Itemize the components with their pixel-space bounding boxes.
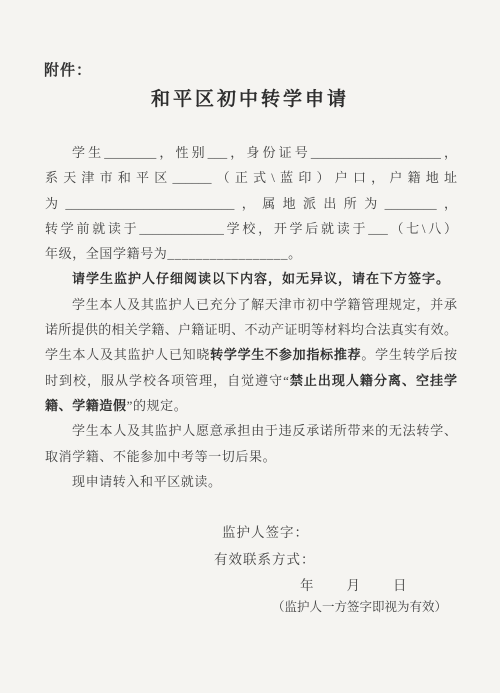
line-hukou-address: 为__________________________，属地派出所为______… [45,191,457,216]
line-text: 取消学籍、不能参加中考等一切后果。 [45,449,276,464]
line-text: 请学生监护人仔细阅读以下内容，如无异议，请在下方签字。 [72,271,450,286]
date-line: 年 月 日 [300,574,409,594]
emphasis-regulation-text: 籍、学籍造假 [45,398,127,413]
line-consequences-1: 学生本人及其监护人愿意承担由于违反承诺所带来的无法转学、 [45,418,457,443]
contact-info-label: 有效联系方式： [214,548,316,568]
line-text: 转学前就读于_____________学校，开学后就读于___（七\八） [45,221,457,236]
line-school-management: 时到校，服从学校各项管理，自觉遵守“禁止出现人籍分离、空挂学 [45,368,457,393]
line-no-quota-recommendation: 学生本人及其监护人已知晓转学学生不参加指标推荐。学生转学后按 [45,342,457,367]
transfer-application-document: 附件： 和平区初中转学申请 学生________，性别___，身份证号_____… [0,0,500,693]
line-student-info: 学生________，性别___，身份证号___________________… [45,140,457,165]
line-text: ”的规定。 [127,398,188,413]
line-hukou-type: 系天津市和平区______（正式\蓝印）户口，户籍地址 [45,165,457,190]
line-text: 学生________，性别___，身份证号___________________… [72,145,457,160]
line-commitment-2: 诺所提供的相关学籍、户籍证明、不动产证明等材料均合法真实有效。 [45,317,457,342]
guardian-signature-label: 监护人签字： [222,521,309,541]
line-previous-school: 转学前就读于_____________学校，开学后就读于___（七\八） [45,216,457,241]
line-guardian-read-notice: 请学生监护人仔细阅读以下内容，如无异议，请在下方签字。 [45,266,457,291]
line-text: 学生本人及其监护人已充分了解天津市初中学籍管理规定，并承 [72,297,457,312]
emphasis-no-quota-text: 转学学生不参加指标推荐 [210,347,361,362]
line-text: 学生本人及其监护人愿意承担由于违反承诺所带来的无法转学、 [72,423,457,438]
line-text: 时到校，服从学校各项管理，自觉遵守“ [45,373,289,388]
line-text: 系天津市和平区______（正式\蓝印）户口，户籍地址 [45,170,457,185]
line-commitment-1: 学生本人及其监护人已充分了解天津市初中学籍管理规定，并承 [45,292,457,317]
emphasis-regulation-text: 禁止出现人籍分离、空挂学 [289,373,457,388]
line-text: 。学生转学后按 [361,347,457,362]
line-text: 诺所提供的相关学籍、户籍证明、不动产证明等材料均合法真实有效。 [45,322,457,337]
line-consequences-2: 取消学籍、不能参加中考等一切后果。 [45,444,457,469]
document-body: 学生________，性别___，身份证号___________________… [45,140,457,494]
line-regulation-end: 籍、学籍造假”的规定。 [45,393,457,418]
line-text: 学生本人及其监护人已知晓 [45,347,210,362]
signature-validity-note: （监护人一方签字即视为有效） [272,597,447,615]
line-text: 年级，全国学籍号为_________________。 [45,246,302,261]
line-student-id-number: 年级，全国学籍号为_________________。 [45,241,457,266]
document-title: 和平区初中转学申请 [0,84,500,111]
line-text: 为__________________________，属地派出所为______… [45,196,457,211]
attachment-label: 附件： [44,59,92,80]
line-application-statement: 现申请转入和平区就读。 [45,469,457,494]
line-text: 现申请转入和平区就读。 [72,474,222,489]
